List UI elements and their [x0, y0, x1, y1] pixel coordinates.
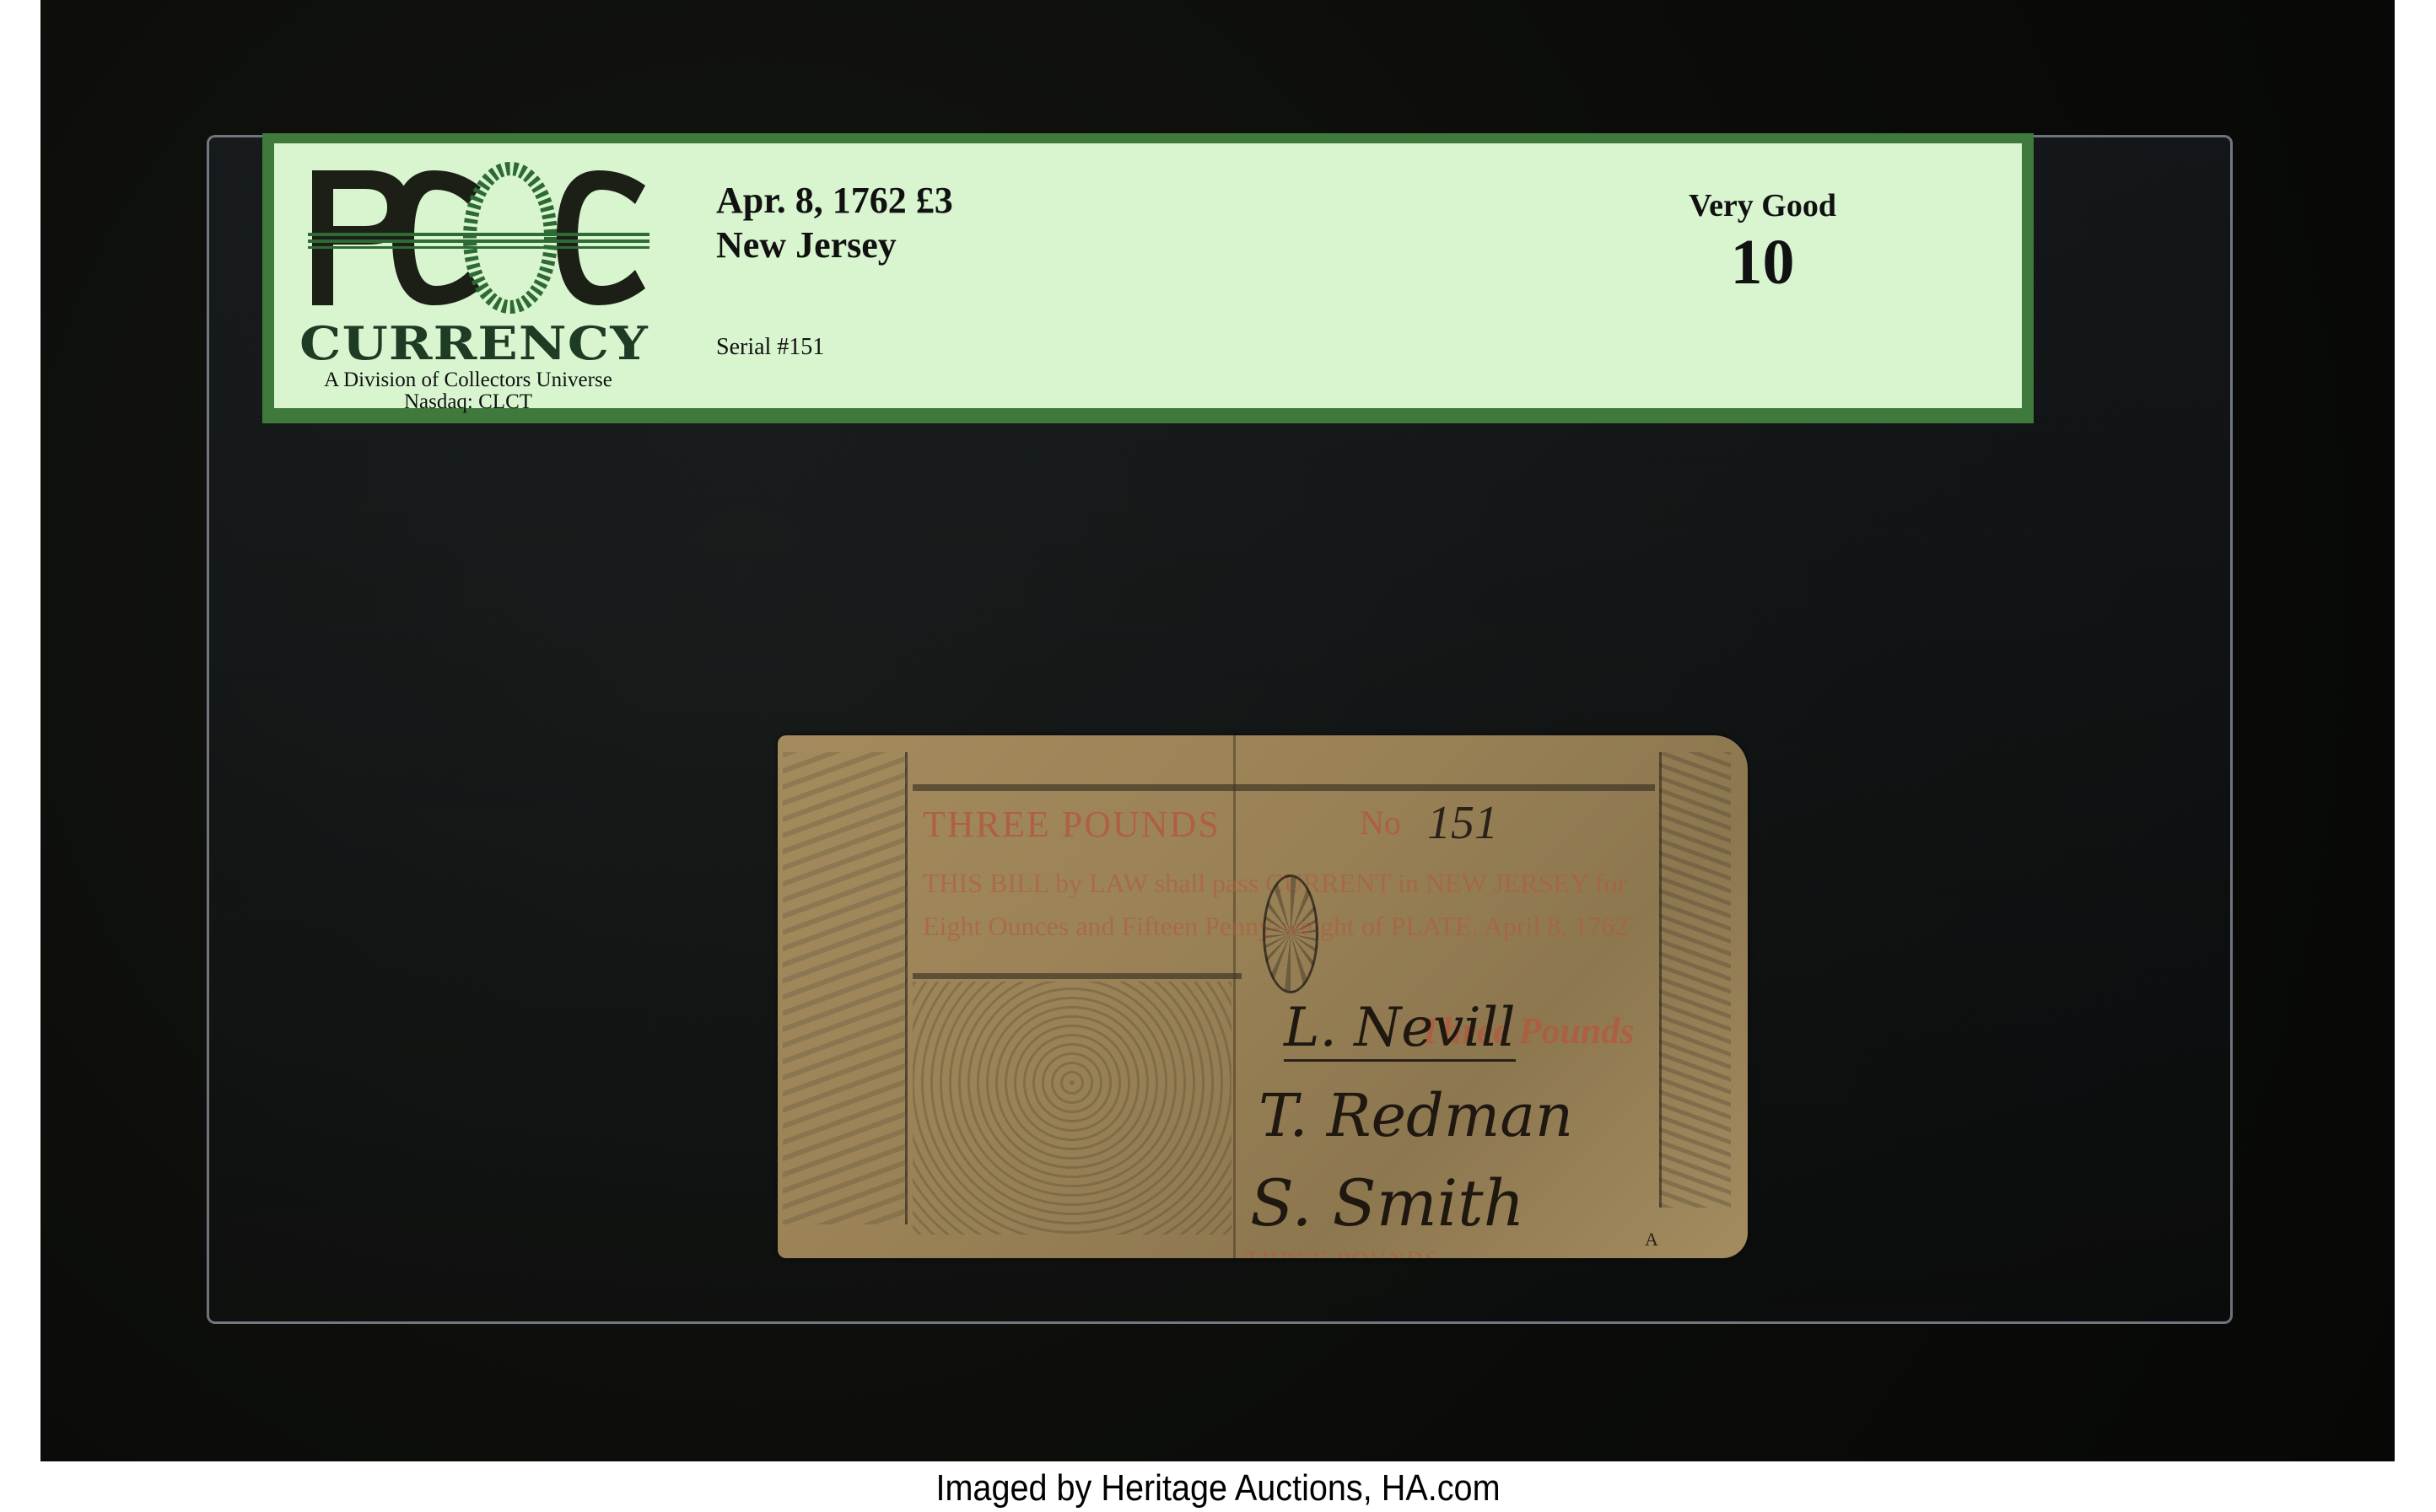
grade-number: 10 [1689, 228, 1836, 299]
seal-icon [1263, 874, 1318, 993]
image-credit: Imaged by Heritage Auctions, HA.com [121, 1467, 2314, 1509]
note-mid-band [913, 973, 1242, 979]
pcgs-mark-icon [299, 162, 654, 314]
note-state: New Jersey [716, 223, 953, 268]
note-serial: Serial #151 [716, 334, 953, 361]
grade-block: Very Good 10 [1689, 187, 1836, 299]
note-engraving [913, 982, 1231, 1235]
note-left-border [783, 752, 908, 1224]
banknote: THREE POUNDS No 151 THIS BILL by LAW sha… [778, 735, 1748, 1258]
note-fold [1233, 735, 1236, 1258]
note-title: Apr. 8, 1762 £3 [716, 179, 953, 223]
grade-description: Very Good [1689, 187, 1836, 224]
note-top-band [913, 784, 1655, 791]
pcgs-logo: CURRENCY A Division of Collectors Univer… [299, 162, 671, 414]
currency-wordmark: CURRENCY [299, 320, 726, 366]
nasdaq-text: Nasdaq: CLCT [299, 391, 637, 413]
note-denomination: THREE POUNDS [923, 803, 1221, 846]
note-number-prefix: No [1360, 803, 1401, 842]
signature-2: T. Redman [1258, 1081, 1573, 1150]
signature-3: S. Smith [1250, 1165, 1525, 1240]
note-right-border [1659, 752, 1731, 1208]
plate-letter: A [1645, 1229, 1658, 1251]
signature-1: L. Nevill [1284, 997, 1516, 1062]
note-handwritten-serial: 151 [1427, 796, 1498, 850]
note-footer-text: THREE POUNDS [1246, 1247, 1625, 1258]
note-info: Apr. 8, 1762 £3 New Jersey Serial #151 [716, 179, 953, 361]
division-text: A Division of Collectors Universe [299, 369, 637, 391]
label-panel: CURRENCY A Division of Collectors Univer… [274, 143, 2022, 408]
grading-label: CURRENCY A Division of Collectors Univer… [262, 133, 2034, 423]
